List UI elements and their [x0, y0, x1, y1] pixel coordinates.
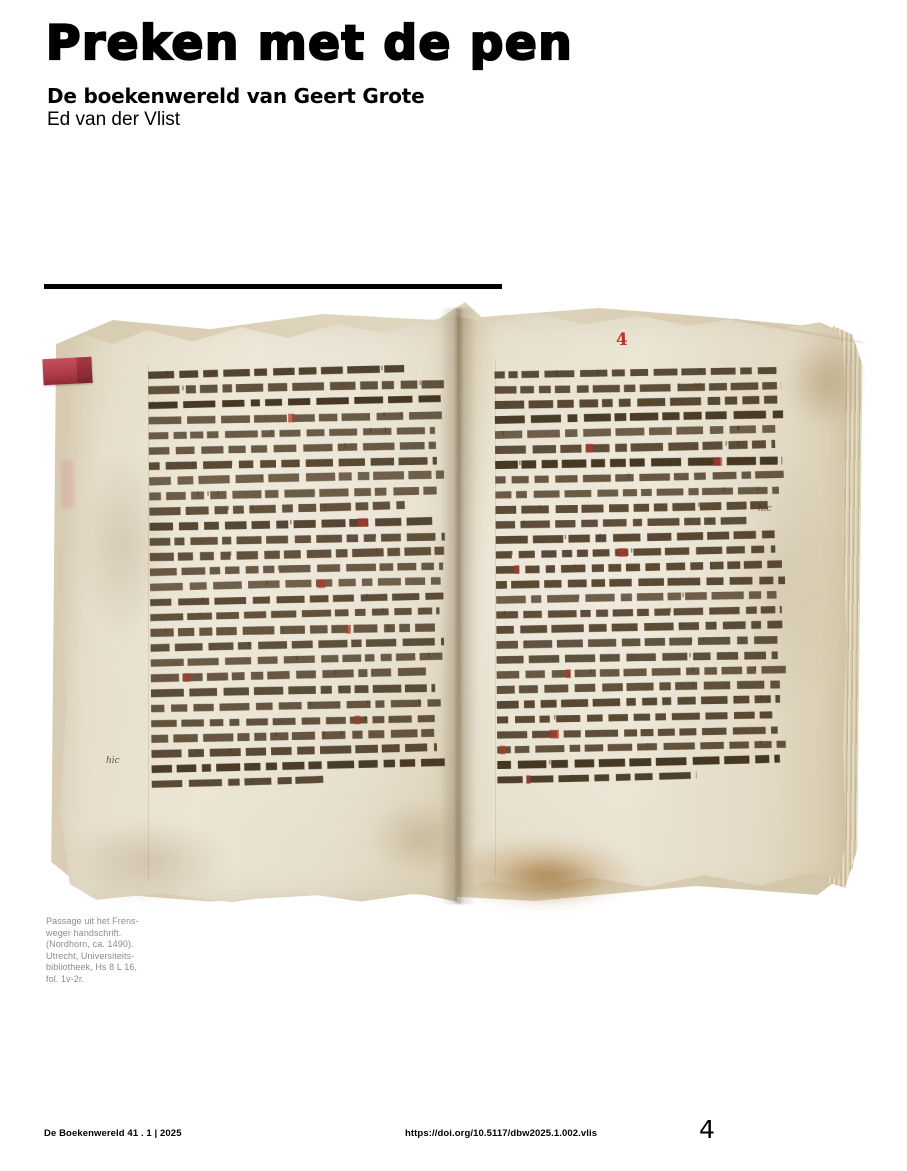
page-number: 4 — [699, 1115, 715, 1144]
journal-page: Preken met de pen De boekenwereld van Ge… — [0, 0, 907, 1171]
manuscript-photo: 4 hic hic — [44, 300, 866, 908]
stain — [370, 798, 470, 878]
journal-issue-label: De Boekenwereld 41 . 1 | 2025 — [44, 1128, 182, 1139]
section-divider-bar — [44, 284, 502, 289]
figure-caption: Passage uit het Frens- weger handschrift… — [46, 916, 171, 986]
stain — [786, 334, 866, 429]
article-title: Preken met de pen — [46, 18, 573, 70]
handwritten-text-right — [494, 357, 793, 799]
article-subtitle: De boekenwereld van Geert Grote — [47, 84, 425, 108]
stain — [62, 820, 232, 905]
margin-note-right: hic — [758, 504, 772, 514]
handwritten-text-left — [148, 359, 452, 802]
red-bookmark-tab — [42, 357, 92, 386]
faded-bookmark-mark — [60, 460, 75, 508]
stain — [496, 856, 606, 902]
margin-note-left: hic — [106, 756, 120, 766]
folio-number: 4 — [616, 330, 629, 350]
doi-link[interactable]: https://doi.org/10.5117/dbw2025.1.002.vl… — [405, 1128, 597, 1139]
article-author: Ed van der Vlist — [47, 109, 180, 131]
